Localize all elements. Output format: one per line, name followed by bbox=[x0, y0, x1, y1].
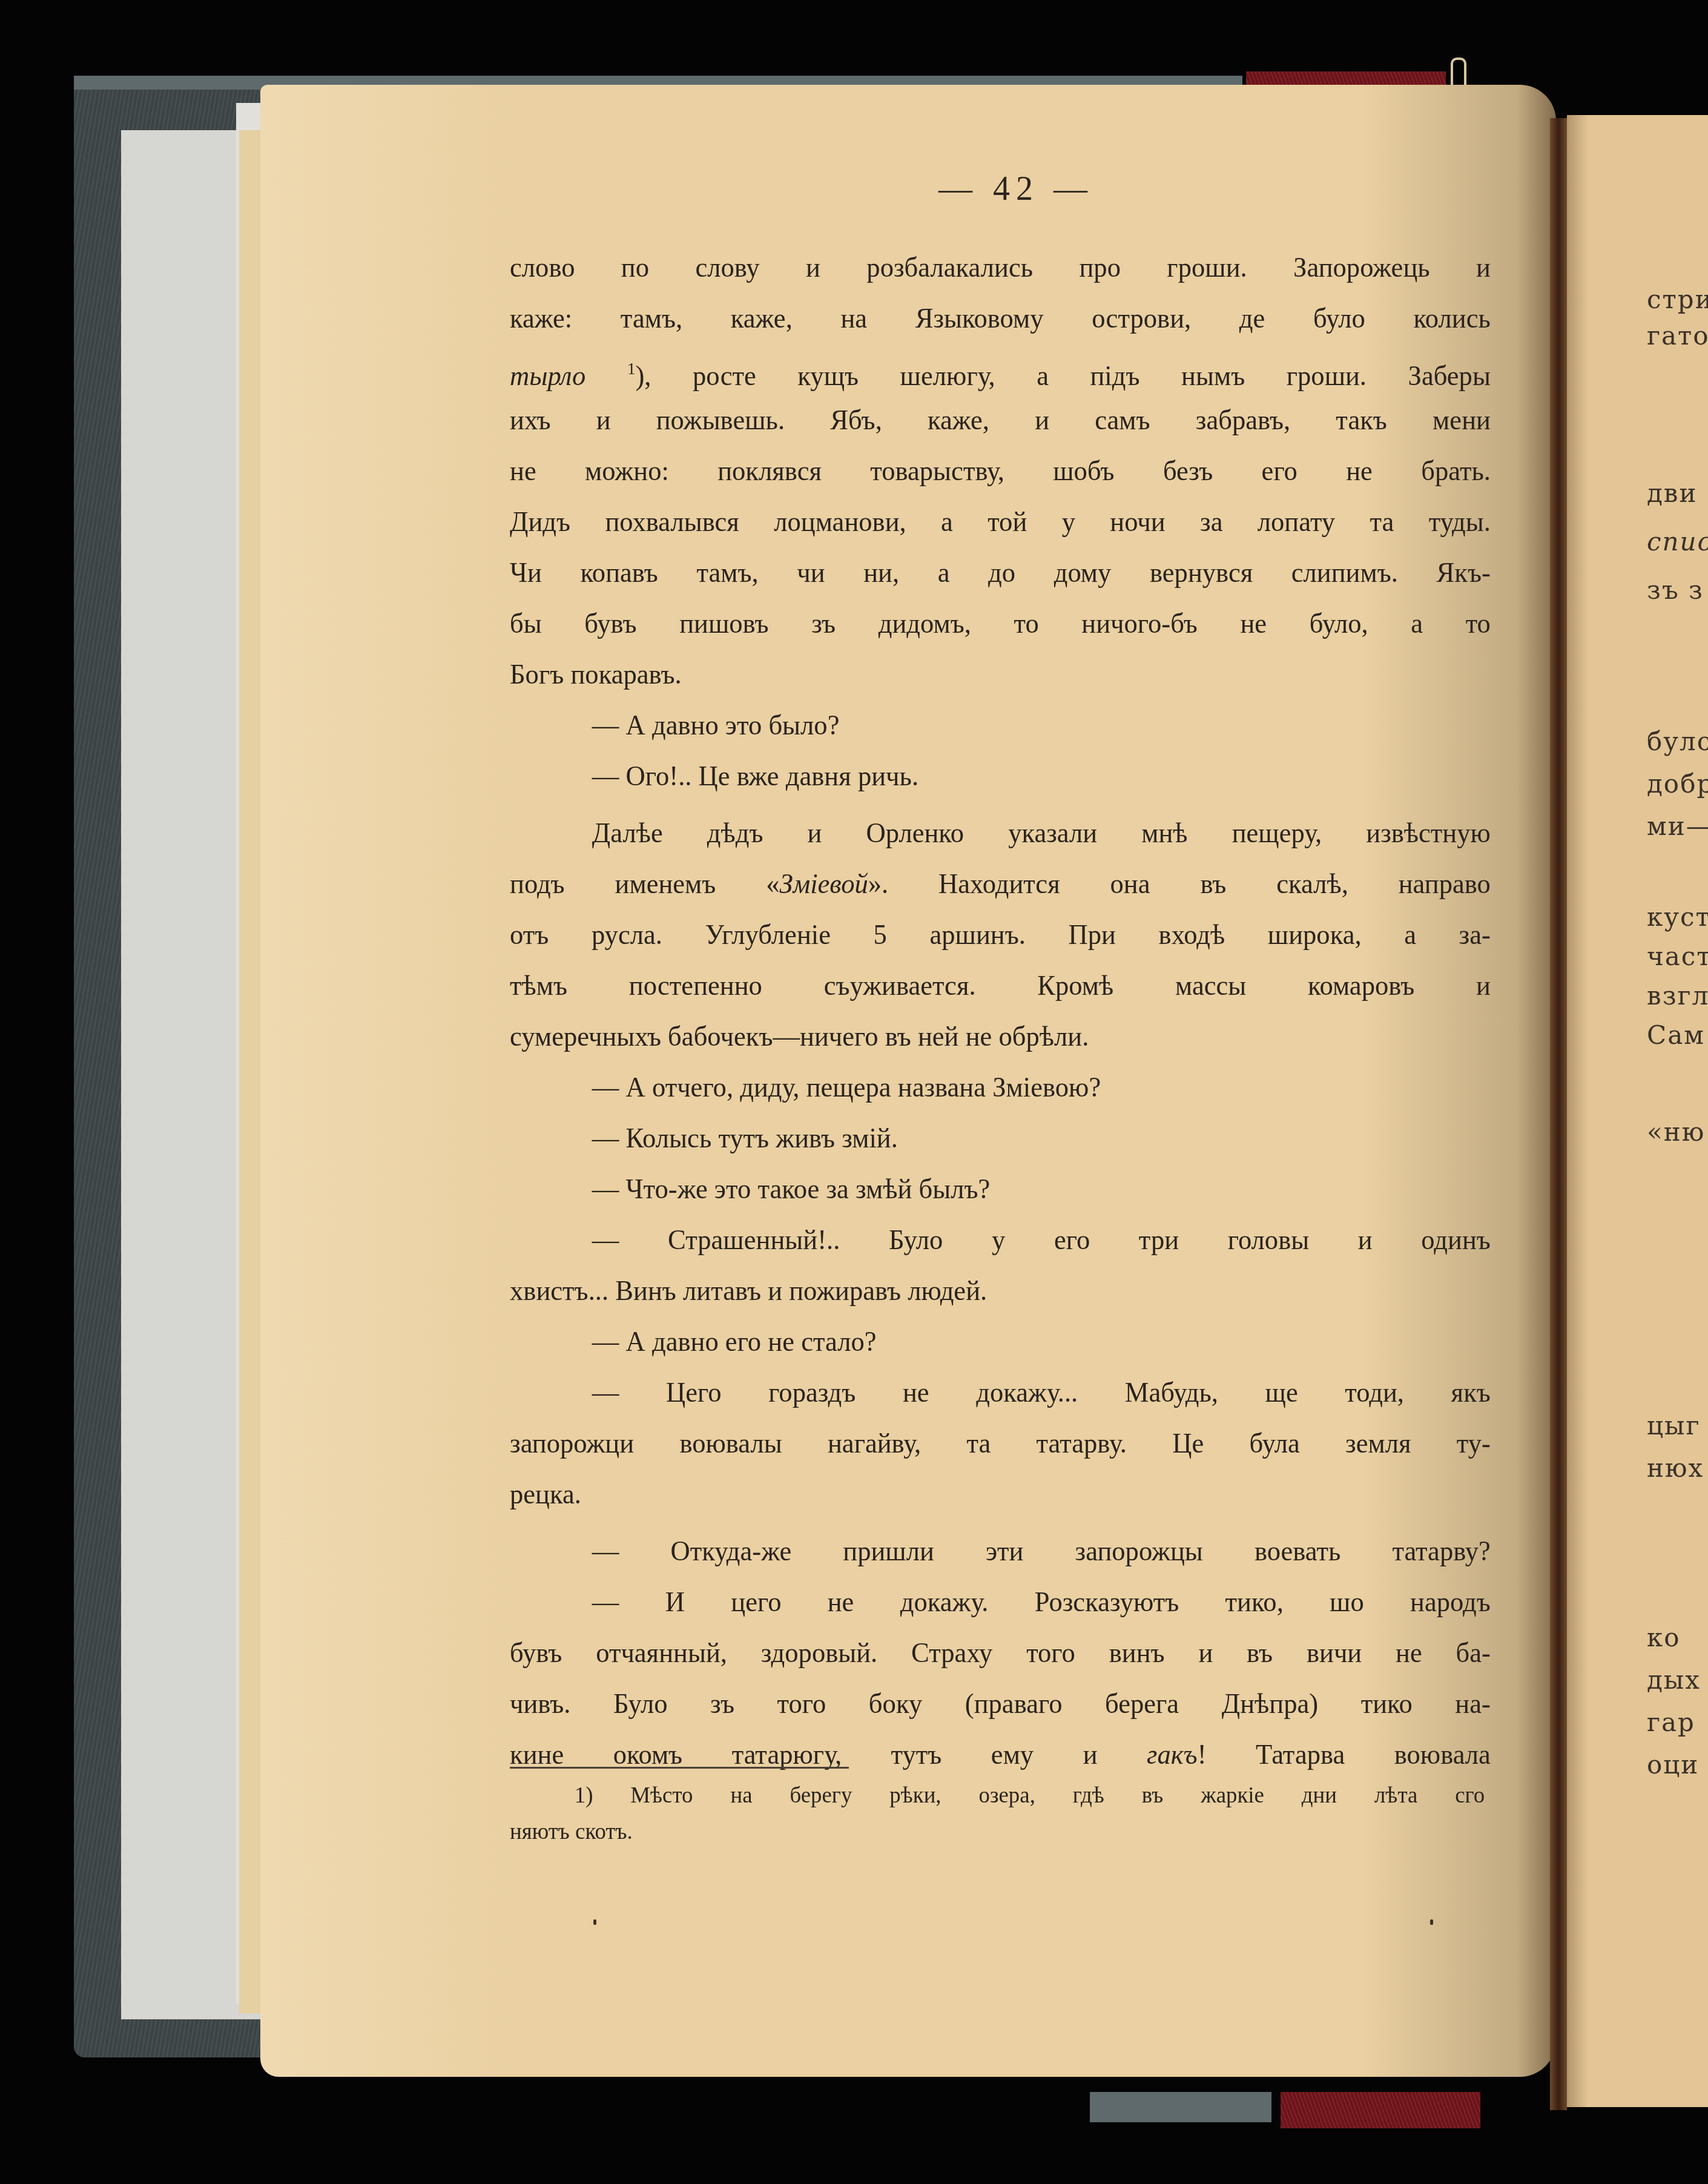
facing-page-fragment: гар bbox=[1647, 1707, 1695, 1737]
facing-page-fragment: нюх bbox=[1647, 1453, 1704, 1483]
text-line: слово по слову и розбалакались про гроши… bbox=[510, 242, 1491, 293]
text-line: сумеречныхъ бабочекъ—ничего въ ней не об… bbox=[510, 1011, 1491, 1062]
text-line: тырло 1), росте кущъ шелюгу, а підъ нымъ… bbox=[510, 344, 1491, 395]
italic-term: тырло bbox=[510, 360, 585, 391]
facing-page-fragment: було bbox=[1647, 727, 1708, 756]
facing-page-fragment: куст bbox=[1647, 902, 1708, 932]
facing-page-fragment: стри bbox=[1647, 285, 1708, 314]
facing-page-fragment: ко bbox=[1647, 1623, 1681, 1652]
footnote-ref[interactable]: 1 bbox=[627, 360, 636, 378]
text-line: Чи копавъ тамъ, чи ни, а до дому вернувс… bbox=[510, 547, 1491, 598]
spine-bottom-grey bbox=[1090, 2092, 1271, 2122]
dialog-line: — Страшенный!.. Було у его три головы и … bbox=[510, 1215, 1491, 1265]
italic-term: Змiевой bbox=[780, 868, 868, 899]
facing-page-fragment: зъ з bbox=[1647, 575, 1704, 605]
text-line: Богъ покаравъ. bbox=[510, 649, 1491, 700]
book-gutter bbox=[1550, 118, 1567, 2110]
footnote-divider bbox=[510, 1767, 849, 1769]
dialog-line: — Откуда-же пришли эти запорожцы воевать… bbox=[510, 1526, 1491, 1577]
text-line: кине окомъ татарюгу, тутъ ему и гакъ! Та… bbox=[510, 1729, 1491, 1780]
right-page-partial bbox=[1567, 115, 1708, 2107]
text-line: Дидъ похвалывся лоцманови, а той у ночи … bbox=[510, 497, 1491, 547]
facing-page-fragment: оци bbox=[1647, 1750, 1699, 1780]
paragraph-start: Далѣе дѣдъ и Орленко указали мнѣ пещеру,… bbox=[510, 808, 1491, 859]
spine-headband-bottom bbox=[1281, 2092, 1480, 2128]
paper-speck bbox=[1430, 1919, 1433, 1925]
dialog-line: — Колысь тутъ живъ змій. bbox=[510, 1113, 1491, 1164]
text-line: подъ именемъ «Змiевой». Находится она въ… bbox=[510, 859, 1491, 909]
text-line: не можно: поклявся товарыству, шобъ безъ… bbox=[510, 446, 1491, 497]
facing-page-fragment: взгл bbox=[1647, 981, 1708, 1011]
footnote: 1) Мѣсто на берегу рѣки, озера, гдѣ въ ж… bbox=[510, 1777, 1485, 1850]
dialog-line: — А давно его не стало? bbox=[510, 1316, 1491, 1367]
dialog-line: — Ого!.. Це вже давня ричь. bbox=[510, 751, 1491, 802]
footnote-line: няютъ скотъ. bbox=[510, 1813, 1485, 1850]
facing-page-fragment: «ню bbox=[1647, 1117, 1705, 1147]
text-line: чивъ. Було зъ того боку (праваго берега … bbox=[510, 1678, 1491, 1729]
page-body-text: слово по слову и розбалакались про гроши… bbox=[510, 242, 1491, 1780]
facing-page-fragment: цыг bbox=[1647, 1411, 1700, 1440]
text-line: бувъ отчаянный, здоровый. Страху того ви… bbox=[510, 1628, 1491, 1678]
text-line: запорожци воювалы нагайву, та татарву. Ц… bbox=[510, 1418, 1491, 1469]
facing-page-fragment: ми— bbox=[1647, 811, 1708, 841]
paper-speck bbox=[593, 1919, 596, 1925]
facing-page-fragment: част bbox=[1647, 942, 1708, 971]
text-line: отъ русла. Углубленіе 5 аршинъ. При вход… bbox=[510, 909, 1491, 960]
dialog-line: — А отчего, диду, пещера названа Зміевою… bbox=[510, 1062, 1491, 1113]
dialog-line: — А давно это было? bbox=[510, 700, 1491, 751]
text-line: тѣмъ постепенно съуживается. Кромѣ массы… bbox=[510, 960, 1491, 1011]
text-line: бы бувъ пишовъ зъ дидомъ, то ничого-бъ н… bbox=[510, 598, 1491, 649]
footnote-line: 1) Мѣсто на берегу рѣки, озера, гдѣ въ ж… bbox=[510, 1777, 1485, 1813]
facing-page-fragment: спис bbox=[1647, 527, 1708, 556]
facing-page-fragment: дви bbox=[1647, 478, 1698, 508]
text-line: ихъ и пожывешь. Ябъ, каже, и самъ забрав… bbox=[510, 395, 1491, 446]
text-line: каже: тамъ, каже, на Языковому острови, … bbox=[510, 293, 1491, 344]
facing-page-fragment: Сам bbox=[1647, 1020, 1705, 1050]
dialog-line: — И цего не докажу. Розсказуютъ тико, шо… bbox=[510, 1577, 1491, 1628]
text-line: хвистъ... Винъ литавъ и пожиравъ людей. bbox=[510, 1265, 1491, 1316]
italic-term: гакъ bbox=[1147, 1739, 1198, 1770]
dialog-line: — Что-же это такое за змѣй былъ? bbox=[510, 1164, 1491, 1215]
dialog-line: — Цего гораздъ не докажу... Мабудь, ще т… bbox=[510, 1367, 1491, 1418]
facing-page-fragment: добр bbox=[1647, 769, 1708, 799]
facing-page-fragment: гато bbox=[1647, 321, 1708, 351]
facing-page-fragment: дых bbox=[1647, 1665, 1701, 1695]
text-line: рецка. bbox=[510, 1469, 1491, 1520]
page-number: — 42 — bbox=[938, 170, 1093, 208]
